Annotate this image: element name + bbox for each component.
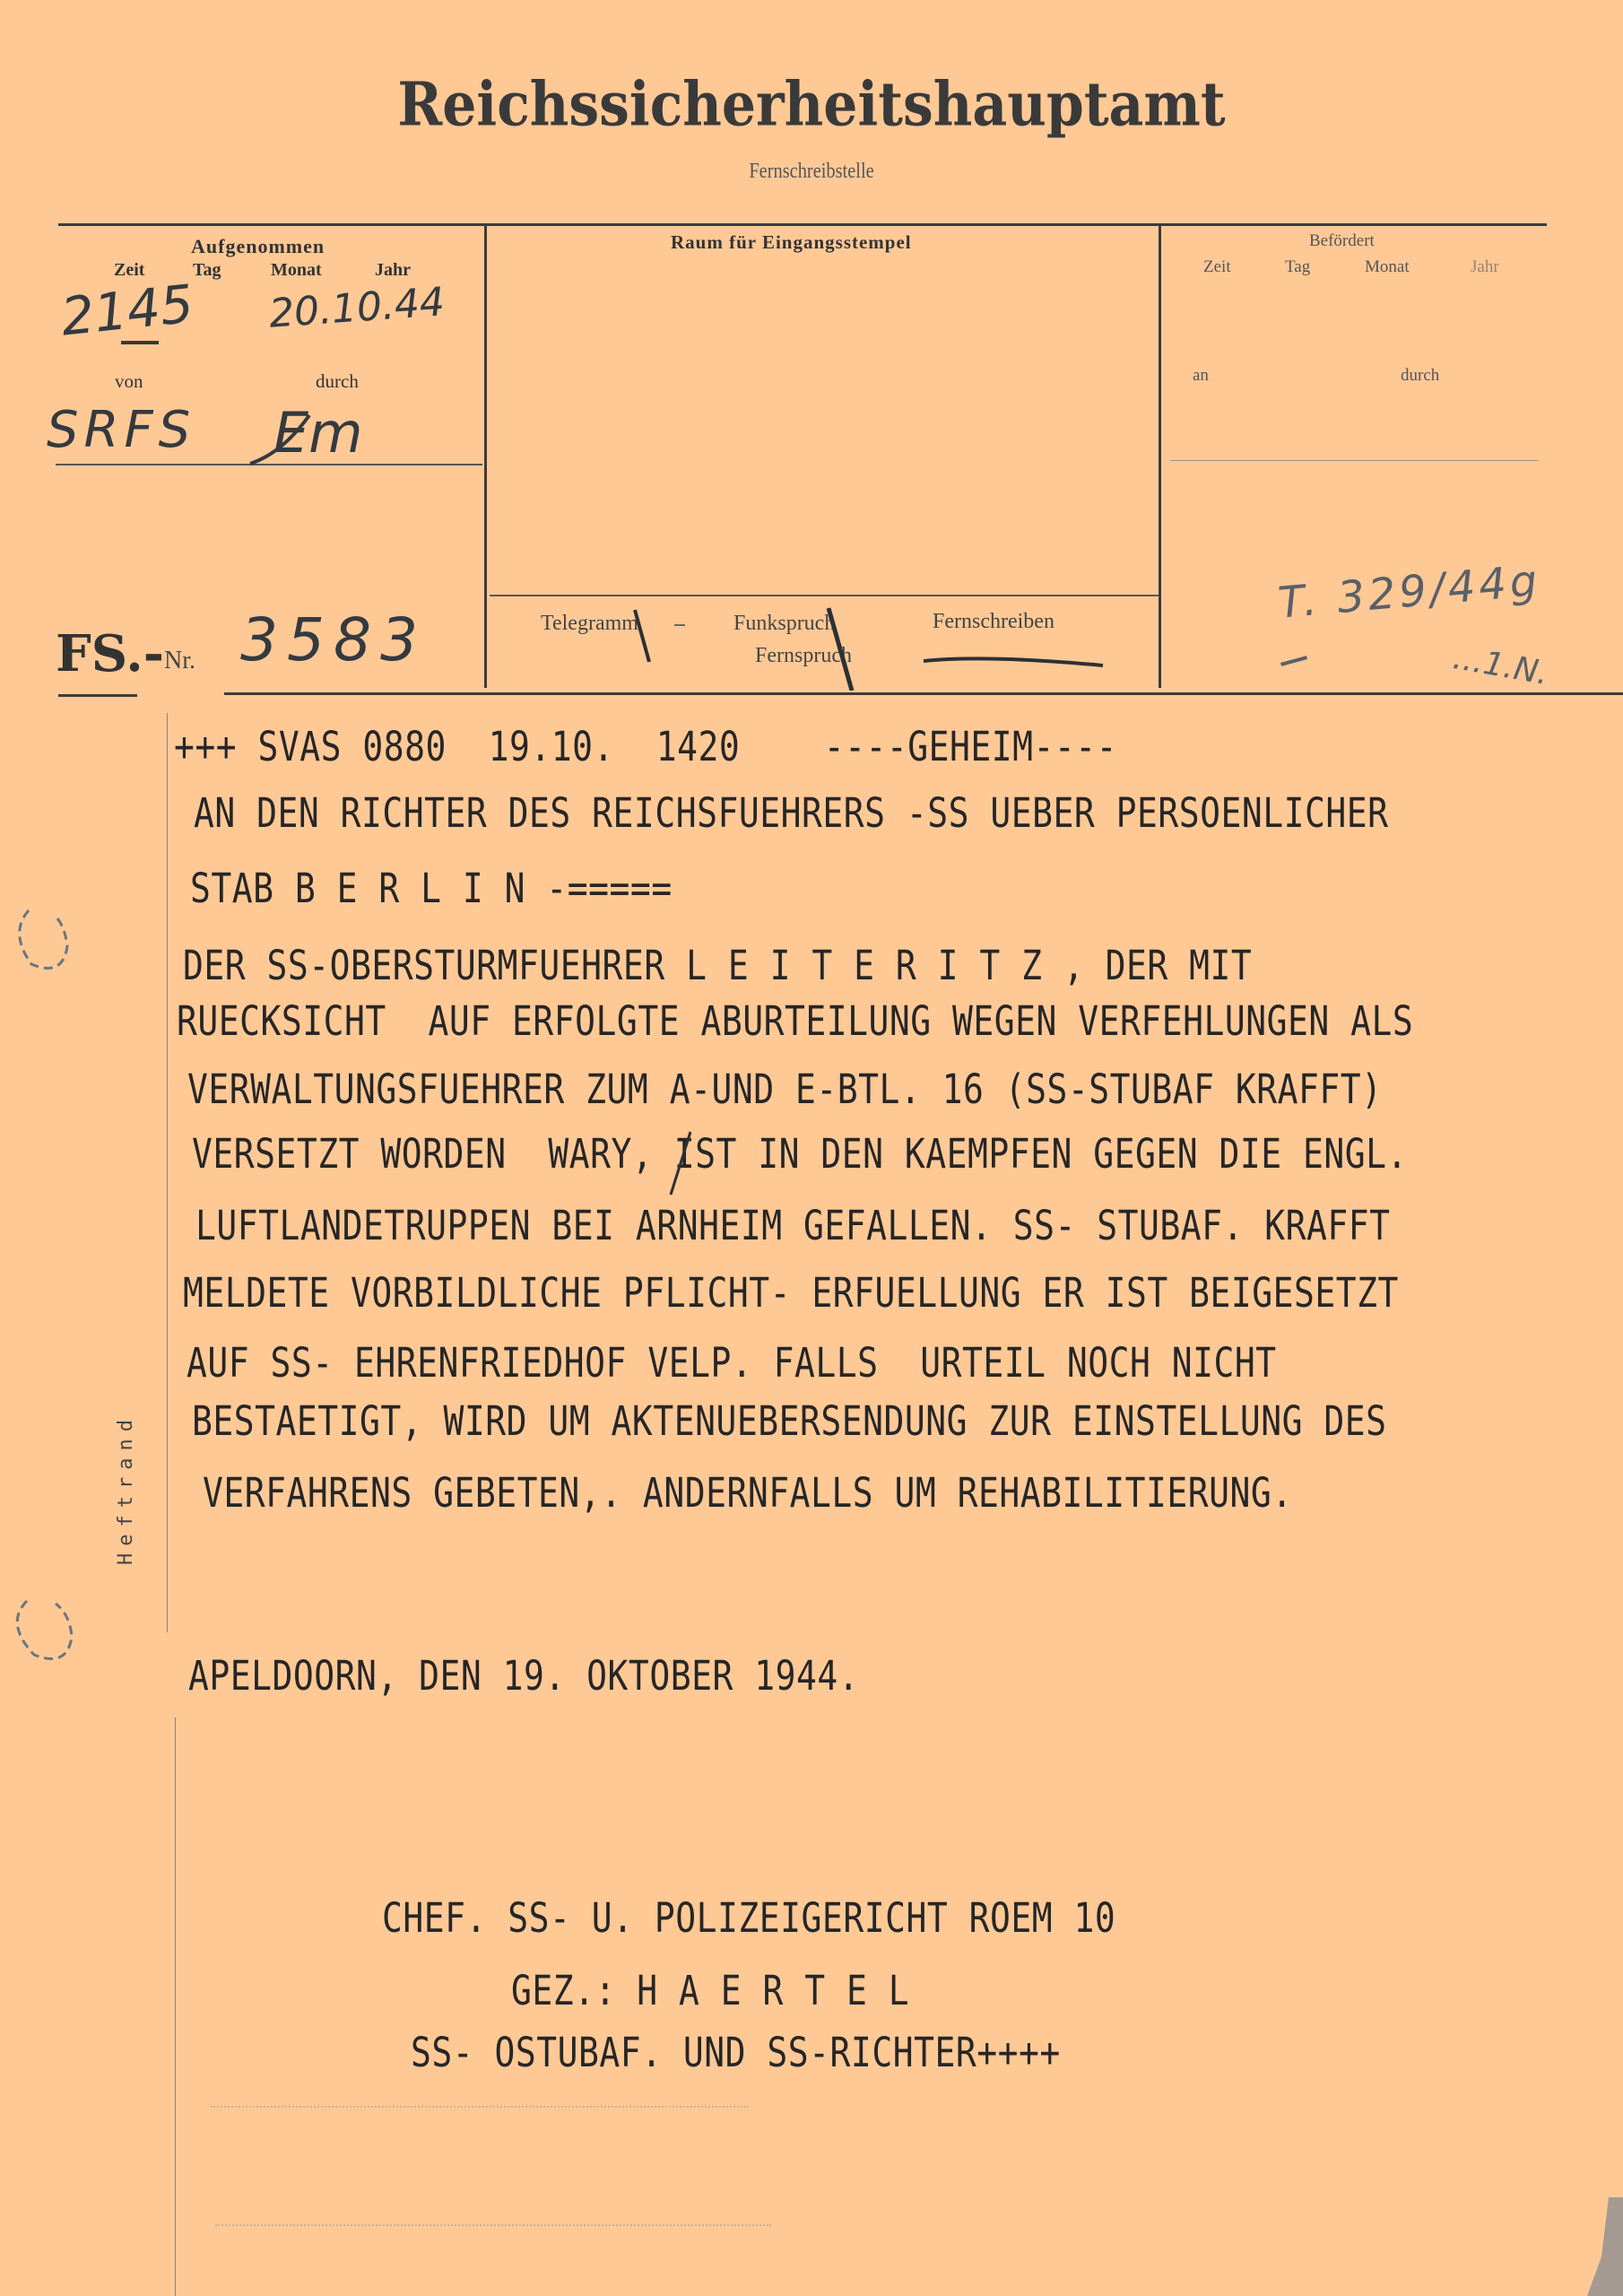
message-line: AUF SS- EHRENFRIEDHOF VELP. FALLS URTEIL…	[187, 1339, 1277, 1387]
page-subtitle: Fernschreibstelle	[122, 160, 1502, 184]
message-header-line: +++ SVAS 0880 19.10. 1420 ----GEHEIM----	[174, 723, 1117, 770]
received-col-jahr: Jahr	[375, 260, 411, 281]
page-title: Reichssicherheitshauptamt	[0, 70, 1623, 140]
margin-rule-lower	[175, 1718, 176, 2296]
forwarded-col-zeit: Zeit	[1203, 257, 1231, 277]
von-handwritten: SRFS	[47, 401, 195, 459]
received-date-handwritten: 20.10.44	[267, 279, 446, 337]
punch-hole-mark-icon	[0, 897, 90, 987]
punch-hole-mark-lower-icon	[0, 1587, 90, 1677]
von-label: von	[115, 370, 143, 393]
received-col-tag: Tag	[193, 260, 221, 281]
fs-nr-label: Nr.	[164, 647, 195, 675]
forwarded-handwritten-note: T. 329/44g	[1276, 555, 1542, 628]
form-bottom-rule	[224, 692, 1623, 695]
forwarded-heading: Befördert	[1309, 231, 1375, 251]
durch-label: durch	[316, 370, 359, 393]
message-line: VERSETZT WORDEN WARY, IST IN DEN KAEMPFE…	[192, 1130, 1408, 1178]
message-line: VERFAHRENS GEBETEN,. ANDERNFALLS UM REHA…	[203, 1469, 1293, 1517]
form-divider-right	[1159, 226, 1161, 688]
fs-label: FS.-	[56, 624, 164, 683]
message-line: MELDETE VORBILDLICHE PFLICHT- ERFUELLUNG…	[183, 1269, 1399, 1317]
edge-stain	[1587, 2197, 1623, 2296]
received-time-handwritten: 2145	[58, 273, 196, 347]
message-line: RUECKSICHT AUF ERFOLGTE ABURTEILUNG WEGE…	[177, 997, 1413, 1045]
received-heading: Aufgenommen	[191, 235, 325, 258]
message-line: DER SS-OBERSTURMFUEHRER L E I T E R I T …	[183, 942, 1252, 989]
form-top-rule	[58, 223, 1547, 226]
forwarded-col-tag: Tag	[1285, 257, 1310, 277]
handwritten-correction-icon	[664, 1128, 699, 1200]
forwarded-col-jahr: Jahr	[1471, 257, 1499, 277]
signature-line: GEZ.: H A E R T E L	[511, 1967, 909, 2014]
stamp-heading: Raum für Eingangsstempel	[671, 231, 912, 254]
forwarded-box-rule	[1170, 460, 1538, 461]
message-line: AN DEN RICHTER DES REICHSFUEHRERS -SS UE…	[194, 789, 1389, 837]
signature-stroke-icon	[247, 408, 354, 471]
fs-underline	[58, 694, 137, 697]
place-date-line: APELDOORN, DEN 19. OKTOBER 1944.	[188, 1652, 859, 1700]
forwarded-durch-label: durch	[1401, 366, 1439, 386]
forwarded-col-monat: Monat	[1365, 257, 1410, 277]
message-line: LUFTLANDETRUPPEN BEI ARNHEIM GEFALLEN. S…	[195, 1202, 1391, 1249]
strike-marks-icon	[484, 592, 1159, 691]
margin-rule-upper	[167, 713, 168, 1632]
message-line: VERWALTUNGSFUEHRER ZUM A-UND E-BTL. 16 (…	[187, 1065, 1383, 1113]
forwarded-handwritten-note-2: ...1.N.	[1450, 639, 1551, 692]
note-dash	[1280, 656, 1307, 666]
faint-form-line	[211, 2106, 749, 2108]
fs-number-handwritten: 3583	[240, 605, 427, 674]
message-line: STAB B E R L I N -=====	[190, 865, 673, 912]
message-line: BESTAETIGT, WIRD UM AKTENUEBERSENDUNG ZU…	[192, 1397, 1387, 1445]
forwarded-an-label: an	[1193, 366, 1209, 386]
signature-line: CHEF. SS- U. POLIZEIGERICHT ROEM 10	[382, 1894, 1115, 1942]
received-col-monat: Monat	[271, 260, 322, 281]
faint-form-line	[215, 2224, 771, 2226]
heftrand-label: Heftrand	[115, 1413, 137, 1565]
time-underline	[121, 341, 159, 344]
signature-line: SS- OSTUBAF. UND SS-RICHTER++++	[411, 2029, 1061, 2076]
